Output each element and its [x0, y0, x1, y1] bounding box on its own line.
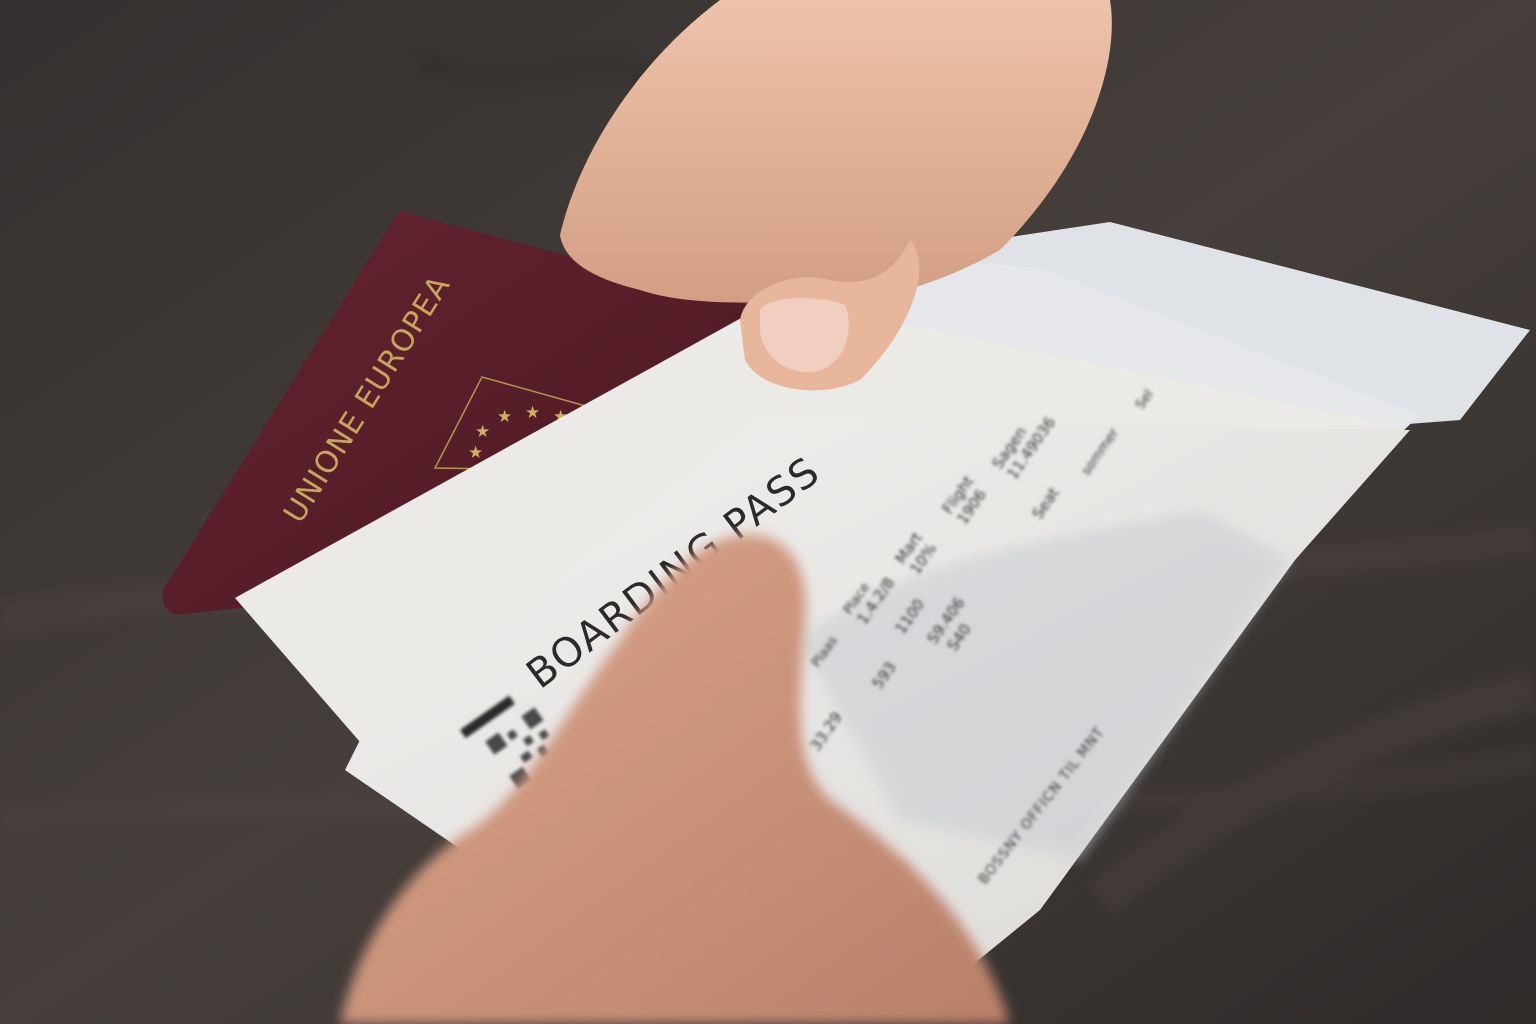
svg-text:★: ★ [475, 422, 490, 442]
svg-text:★: ★ [497, 407, 512, 427]
svg-text:★: ★ [468, 443, 483, 463]
svg-text:★: ★ [525, 403, 540, 423]
photo-canvas: UNIONE EUROPEA ★★★ ★★ BOARDING PASS [0, 0, 1536, 1024]
photo-scene: UNIONE EUROPEA ★★★ ★★ BOARDING PASS [0, 0, 1536, 1024]
